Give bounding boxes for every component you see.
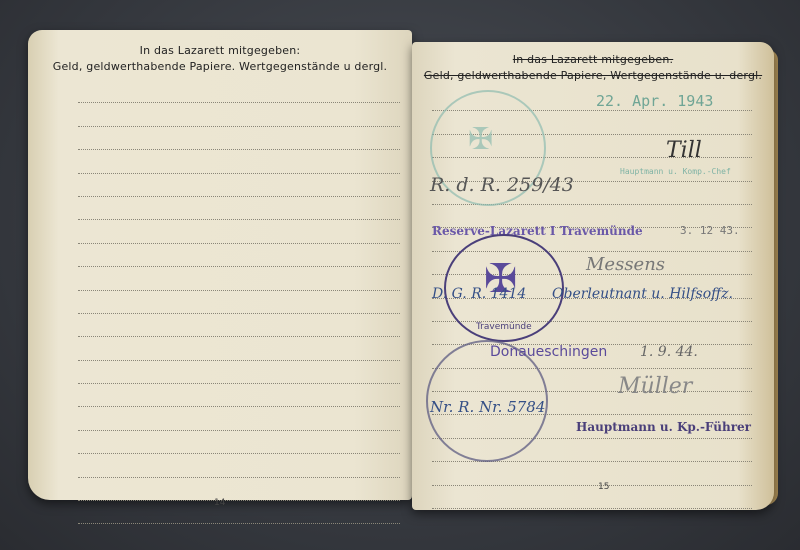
- right-page: In das Lazarett mitgegeben. Geld, geldwe…: [412, 42, 774, 510]
- title-stamp-1: Hauptmann u. Komp.-Chef: [620, 167, 731, 176]
- left-page-number: 14: [214, 498, 225, 508]
- hospital-stamp: Reserve-Lazarett I Travemünde: [432, 224, 643, 238]
- signature-2: Messens: [586, 254, 665, 275]
- ref-handwritten-1: R. d. R. 259/43: [430, 174, 574, 196]
- date-handwritten-3: 1. 9. 44.: [640, 344, 698, 360]
- signature-1: Till: [666, 138, 702, 163]
- title-stamp-3: Hauptmann u. Kp.-Führer: [576, 420, 751, 434]
- ref-handwritten-3: Nr. R. Nr. 5784: [430, 398, 545, 416]
- left-header-line1: In das Lazarett mitgegeben:: [28, 44, 412, 57]
- left-header-line2: Geld, geldwerthabende Papiere. Wertgegen…: [28, 60, 412, 73]
- left-ruled-lines: [78, 80, 400, 524]
- left-page: In das Lazarett mitgegeben: Geld, geldwe…: [28, 30, 412, 500]
- date-stamp-2: 3. 12 43.: [680, 224, 740, 237]
- right-header-line2: Geld, geldwerthabende Papiere, Wertgegen…: [412, 69, 774, 82]
- right-header-line1: In das Lazarett mitgegeben.: [412, 53, 774, 66]
- right-page-number: 15: [598, 482, 609, 492]
- signature-3: Müller: [618, 374, 692, 399]
- seal-2-text: Travemünde: [476, 322, 532, 332]
- ref-handwritten-2: D. G. R. 1414: [432, 286, 526, 302]
- place-stamp: Donaueschingen: [490, 344, 607, 360]
- eagle-emblem-icon: ✠: [468, 122, 493, 157]
- date-stamp-1: 22. Apr. 1943: [596, 92, 713, 110]
- rank-handwritten-2: Oberleutnant u. Hilfsoffz.: [552, 286, 733, 302]
